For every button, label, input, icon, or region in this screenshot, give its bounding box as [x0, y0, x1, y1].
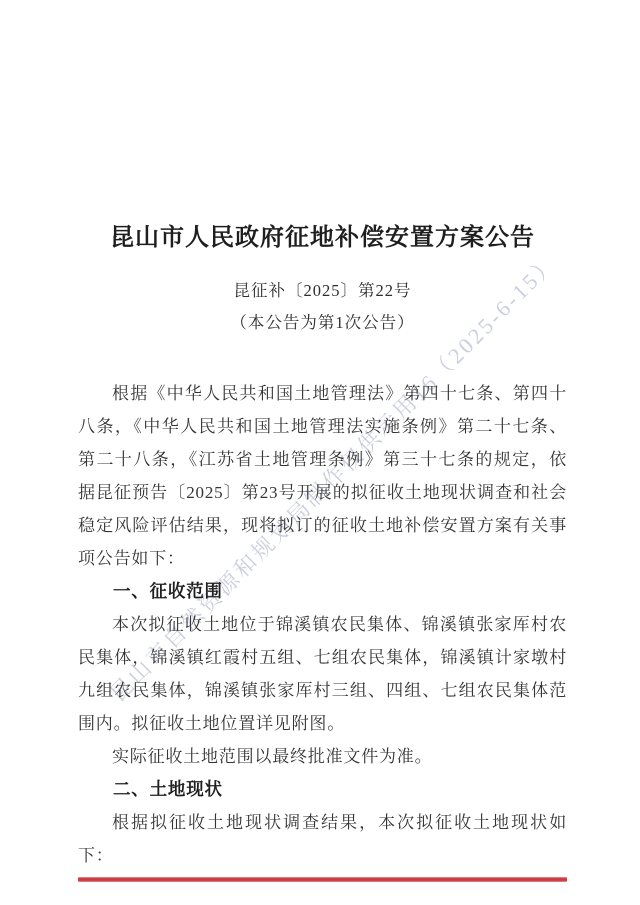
- section-1-paragraph-1: 本次拟征收土地位于锦溪镇农民集体、锦溪镇张家厍村农民集体，锦溪镇红霞村五组、七组…: [78, 608, 567, 740]
- section-1-heading: 一、征收范围: [78, 575, 567, 608]
- page-title: 昆山市人民政府征地补偿安置方案公告: [78, 222, 567, 254]
- document-body: 根据《中华人民共和国土地管理法》第四十七条、第四十八条，《中华人民共和国土地管理…: [78, 377, 567, 882]
- section-1-paragraph-2: 实际征收土地范围以最终批准文件为准。: [78, 740, 567, 773]
- document-page: 昆山市自然资源和规划局制作仅供示用16（2025-6-15） 昆山市人民政府征地…: [0, 0, 640, 905]
- section-2-heading: 二、土地现状: [78, 773, 567, 806]
- announcement-count-note: （本公告为第1次公告）: [78, 312, 567, 334]
- intro-paragraph: 根据《中华人民共和国土地管理法》第四十七条、第四十八条，《中华人民共和国土地管理…: [78, 377, 567, 575]
- red-divider: [78, 877, 567, 882]
- document-content: 昆山市人民政府征地补偿安置方案公告 昆征补〔2025〕第22号 （本公告为第1次…: [78, 0, 567, 882]
- section-2-paragraph-1: 根据拟征收土地现状调查结果，本次拟征收土地现状如下：: [78, 806, 567, 872]
- doc-number: 昆征补〔2025〕第22号: [78, 280, 567, 302]
